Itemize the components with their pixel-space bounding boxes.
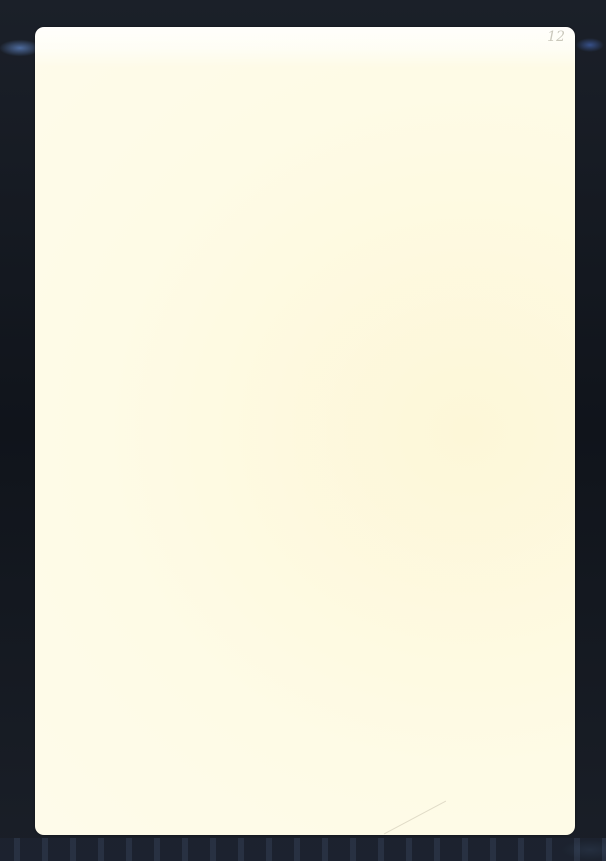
sleeve-edge [0,838,606,861]
card-crease [384,801,446,835]
handwritten-number: 12 [547,29,565,45]
blank-card-back: 12 [35,27,575,835]
